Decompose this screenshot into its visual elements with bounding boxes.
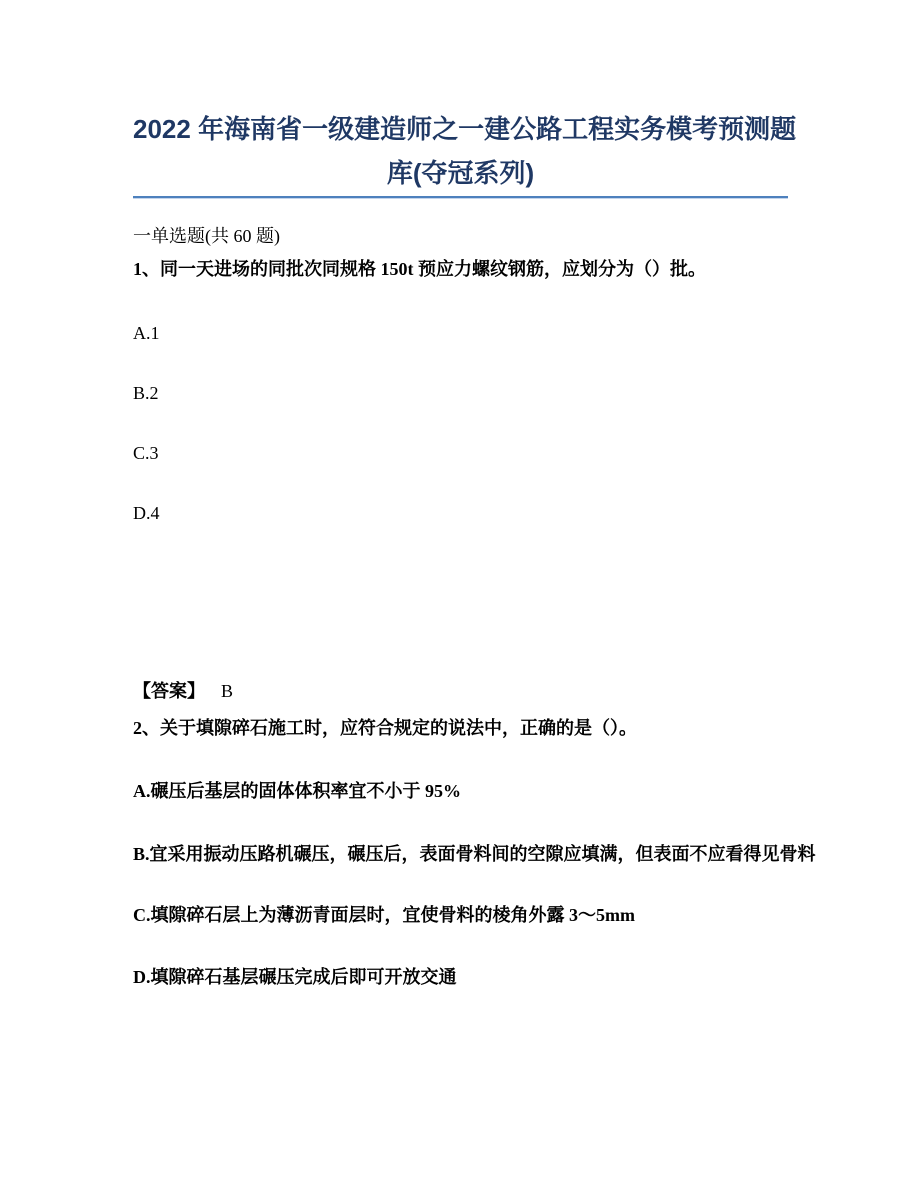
answer-label: 【答案】 bbox=[133, 681, 205, 701]
question-2-number: 2、 bbox=[133, 718, 160, 738]
question-1-option-a: A.1 bbox=[133, 321, 788, 345]
question-1-option-b: B.2 bbox=[133, 381, 788, 405]
question-1-option-d: D.4 bbox=[133, 501, 788, 525]
document-title-line-2: 库(夺冠系列) bbox=[133, 151, 788, 195]
question-1-option-c: C.3 bbox=[133, 441, 788, 465]
question-1: 1、同一天进场的同批次同规格 150t 预应力螺纹钢筋，应划分为（）批。 bbox=[133, 257, 788, 282]
document-title-line-1: 2022 年海南省一级建造师之一建公路工程实务模考预测题 bbox=[133, 107, 788, 151]
question-2-text: 关于填隙碎石施工时，应符合规定的说法中，正确的是（）。 bbox=[160, 718, 637, 738]
question-2: 2、关于填隙碎石施工时，应符合规定的说法中，正确的是（）。 bbox=[133, 716, 788, 741]
section-heading: 一单选题(共 60 题) bbox=[133, 224, 788, 249]
question-2-option-b: B.宜采用振动压路机碾压，碾压后，表面骨料间的空隙应填满，但表面不应看得见骨料 bbox=[133, 842, 833, 866]
document-title: 2022 年海南省一级建造师之一建公路工程实务模考预测题 库(夺冠系列) bbox=[133, 107, 788, 195]
question-2-option-a: A.碾压后基层的固体体积率宜不小于 95% bbox=[133, 779, 788, 803]
answer-value: B bbox=[221, 681, 233, 701]
question-2-option-d: D.填隙碎石基层碾压完成后即可开放交通 bbox=[133, 965, 788, 989]
question-1-answer-line: 【答案】B bbox=[133, 679, 788, 704]
question-1-number: 1、 bbox=[133, 259, 160, 279]
document-page: 2022 年海南省一级建造师之一建公路工程实务模考预测题 库(夺冠系列) 一单选… bbox=[0, 0, 920, 1191]
title-divider bbox=[133, 196, 788, 199]
question-1-text: 同一天进场的同批次同规格 150t 预应力螺纹钢筋，应划分为（）批。 bbox=[160, 259, 706, 279]
question-2-option-c: C.填隙碎石层上为薄沥青面层时，宜使骨料的棱角外露 3～5mm bbox=[133, 903, 788, 927]
